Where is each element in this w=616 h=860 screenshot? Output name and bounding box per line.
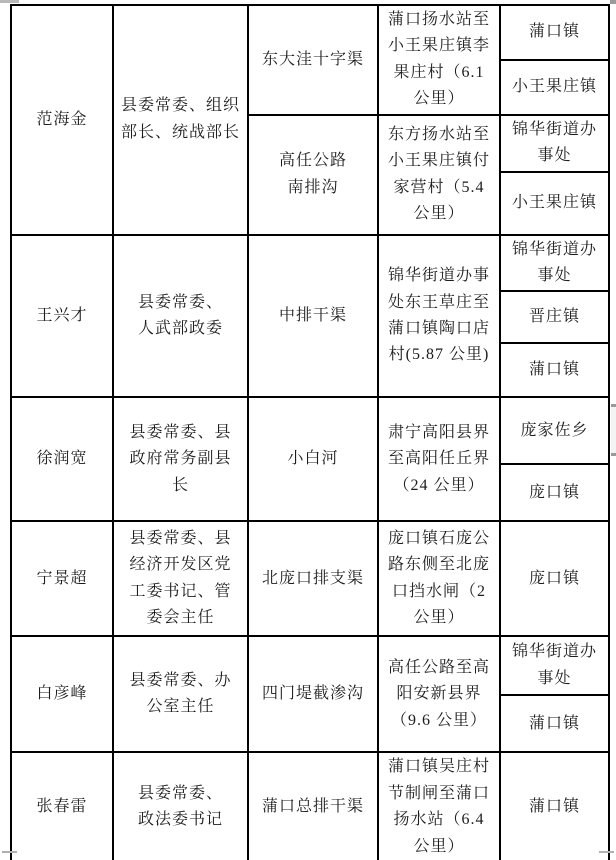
route-cell: 东方扬水站至 小王果庄镇付 家营村（5.4 公里） [378,115,500,235]
town-cell: 庞口镇 [500,464,609,521]
leader-position-cell: 县委常委、县 经济开发区党 工委书记、管 委会主任 [113,521,248,636]
leader-position-cell: 县委常委、 人武部政委 [113,235,248,398]
channel-cell: 蒲口总排干渠 [248,752,378,860]
route-cell: 肃宁高阳县界 至高阳任丘界 （24 公里） [378,397,500,521]
town-cell: 蒲口镇 [500,752,609,860]
leader-position-cell: 县委常委、 政法委书记 [113,752,248,860]
page-margin-mark-top-left [0,0,19,3]
town-cell: 锦华街道办 事处 [500,235,609,292]
table-row: 宁景超 县委常委、县 经济开发区党 工委书记、管 委会主任 北庞口排支渠 庞口镇… [11,521,609,636]
table-row: 张春雷 县委常委、 政法委书记 蒲口总排干渠 蒲口镇吴庄村 节制闸至蒲口 扬水站… [11,752,609,860]
page-margin-mark-bottom-left [2,851,17,853]
route-cell: 高任公路至高 阳安新县界 （9.6 公里） [378,636,500,752]
table-row: 白彦峰 县委常委、办 公室主任 四门堤截渗沟 高任公路至高 阳安新县界 （9.6… [11,636,609,695]
responsibility-table: 范海金 县委常委、组织 部长、统战部长 东大洼十字渠 蒲口扬水站至 小王果庄镇李… [10,4,610,860]
leader-name-cell: 宁景超 [11,521,113,636]
town-cell: 蒲口镇 [500,5,609,60]
scrollbar-thumb-fragment[interactable] [611,404,616,456]
town-cell: 锦华街道办 事处 [500,636,609,695]
town-cell: 庞口镇 [500,521,609,636]
town-cell: 小王果庄镇 [500,60,609,115]
table-row: 徐润宽 县委常委、县 政府常务副县 长 小白河 肃宁高阳县界 至高阳任丘界 （2… [11,397,609,464]
town-cell: 庞家佐乡 [500,397,609,464]
table-row: 王兴才 县委常委、 人武部政委 中排干渠 锦华街道办事 处东王草庄至 蒲口镇陶口… [11,235,609,292]
route-cell: 锦华街道办事 处东王草庄至 蒲口镇陶口店 村(5.87 公里) [378,235,500,398]
leader-name-cell: 张春雷 [11,752,113,860]
channel-cell: 东大洼十字渠 [248,5,378,115]
route-cell: 庞口镇石庞公 路东侧至北庞 口挡水闸（2 公里） [378,521,500,636]
page-margin-mark-top-right [610,0,616,4]
page-margin-mark-bottom-right [599,851,614,853]
route-cell: 蒲口镇吴庄村 节制闸至蒲口 扬水站（6.4 公里） [378,752,500,860]
table-row: 范海金 县委常委、组织 部长、统战部长 东大洼十字渠 蒲口扬水站至 小王果庄镇李… [11,5,609,60]
town-cell: 蒲口镇 [500,343,609,397]
leader-name-cell: 王兴才 [11,235,113,398]
channel-cell: 小白河 [248,397,378,521]
channel-cell: 北庞口排支渠 [248,521,378,636]
leader-position-cell: 县委常委、办 公室主任 [113,636,248,752]
town-cell: 小王果庄镇 [500,172,609,235]
leader-position-cell: 县委常委、县 政府常务副县 长 [113,397,248,521]
leader-position-cell: 县委常委、组织 部长、统战部长 [113,5,248,235]
channel-cell: 四门堤截渗沟 [248,636,378,752]
channel-cell: 高任公路 南排沟 [248,115,378,235]
leader-name-cell: 范海金 [11,5,113,235]
town-cell: 蒲口镇 [500,695,609,752]
town-cell: 锦华街道办 事处 [500,115,609,172]
leader-name-cell: 徐润宽 [11,397,113,521]
leader-name-cell: 白彦峰 [11,636,113,752]
channel-cell: 中排干渠 [248,235,378,398]
town-cell: 晋庄镇 [500,291,609,343]
route-cell: 蒲口扬水站至 小王果庄镇李 果庄村（6.1 公里） [378,5,500,115]
